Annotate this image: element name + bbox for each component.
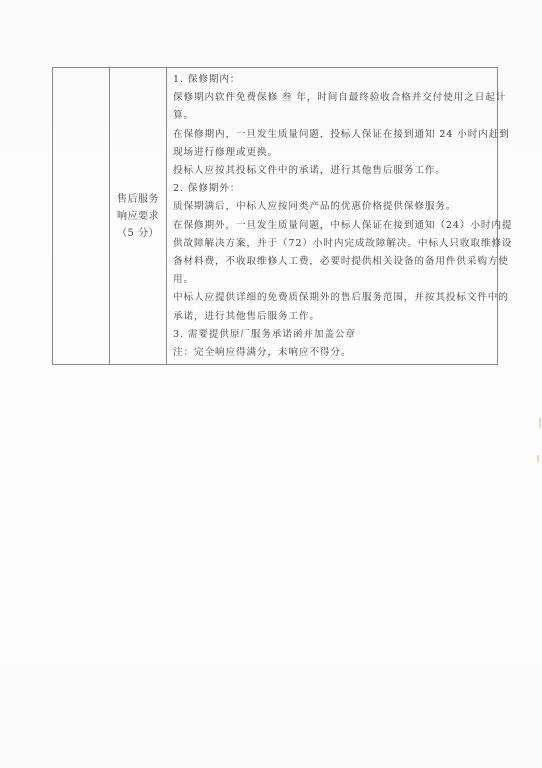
seal-trace-mark: [539, 418, 541, 428]
criteria-label-line: 售后服务: [110, 191, 166, 208]
content-line: 用。: [173, 271, 493, 289]
criteria-label-line: 响应要求: [110, 208, 166, 225]
content-line: 质保期满后，中标人应按同类产品的优惠价格提供保修服务。: [173, 198, 493, 216]
scoring-note: 注：完全响应得满分，未响应不得分。: [173, 344, 493, 362]
content-line: 保修期内软件免费保修 叁 年，时间自最终验收合格并交付使用之日起计: [173, 89, 493, 107]
content-line: 现场进行修理或更换。: [173, 144, 493, 162]
criteria-score: （5 分）: [110, 225, 166, 242]
content-line: 在保修期内，一旦发生质量问题，投标人保证在接到通知 24 小时内赶到: [173, 126, 493, 144]
section-heading-out-of-warranty: 2. 保修期外：: [173, 180, 493, 198]
table-row: 售后服务 响应要求 （5 分） 1. 保修期内： 保修期内软件免费保修 叁 年，…: [53, 68, 498, 365]
criteria-label-cell: 售后服务 响应要求 （5 分）: [110, 68, 167, 365]
content-line: 中标人应提供详细的免费质保期外的售后服务范围，并按其投标文件中的: [173, 289, 493, 307]
content-line: 投标人应按其投标文件中的承诺，进行其他售后服务工作。: [173, 162, 493, 180]
document-page: 售后服务 响应要求 （5 分） 1. 保修期内： 保修期内软件免费保修 叁 年，…: [0, 0, 542, 768]
content-line: 算。: [173, 107, 493, 125]
content-line: 备材料费，不收取维修人工费，必要时提供相关设备的备用件供采购方使: [173, 253, 493, 271]
section-heading-in-warranty: 1. 保修期内：: [173, 71, 493, 89]
content-line: 供故障解决方案，并于（72）小时内完成故障解决。中标人只收取维修设: [173, 235, 493, 253]
section-heading-commitment-letter: 3. 需要提供原厂服务承诺函并加盖公章: [173, 326, 493, 344]
content-line: 承诺，进行其他售后服务工作。: [173, 308, 493, 326]
content-line: 在保修期外，一旦发生质量问题，中标人保证在接到通知（24）小时内提: [173, 217, 493, 235]
blank-cell: [53, 68, 110, 365]
requirements-table: 售后服务 响应要求 （5 分） 1. 保修期内： 保修期内软件免费保修 叁 年，…: [52, 67, 498, 365]
requirement-content-cell: 1. 保修期内： 保修期内软件免费保修 叁 年，时间自最终验收合格并交付使用之日…: [167, 68, 498, 365]
seal-trace-mark: [537, 455, 539, 462]
